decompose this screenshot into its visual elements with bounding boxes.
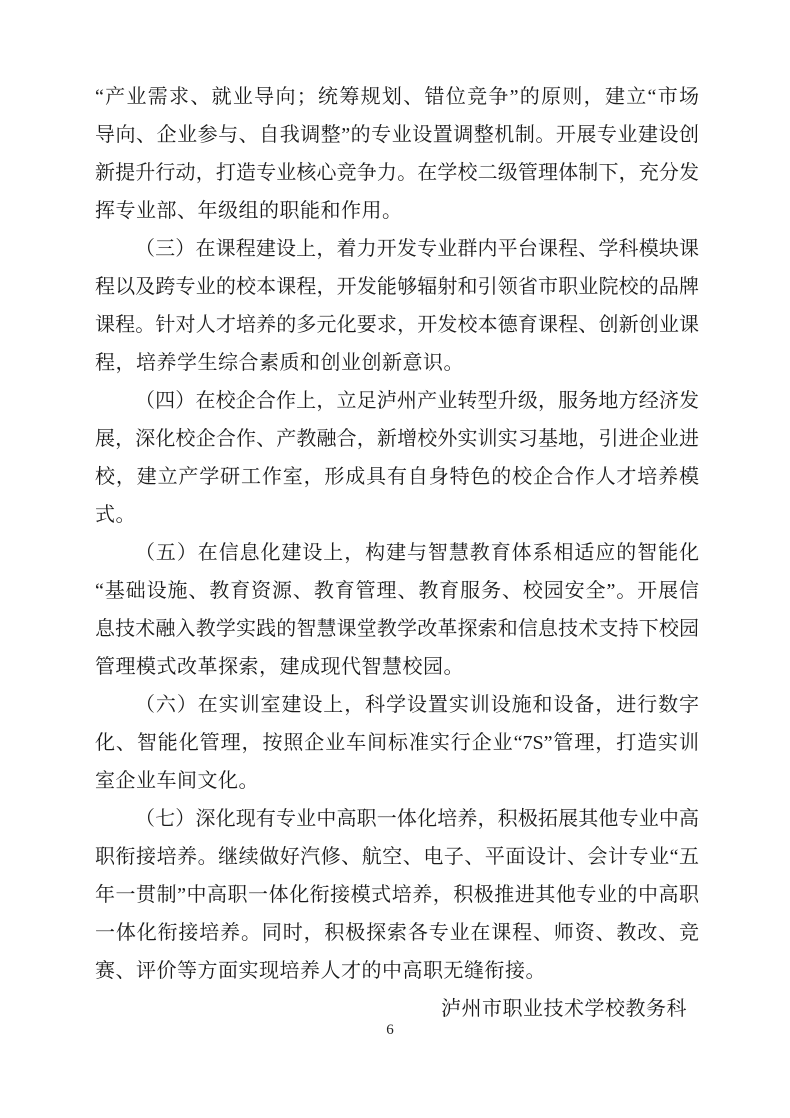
text-line: 息技术融入教学实践的智慧课堂教学改革探索和信息技术支持下校园 — [95, 610, 699, 648]
text-line: （七）深化现有专业中高职一体化培养，积极拓展其他专业中高 — [95, 800, 699, 838]
text-line: 职衔接培养。继续做好汽修、航空、电子、平面设计、会计专业“五 — [95, 838, 699, 876]
text-line: 挥专业部、年级组的职能和作用。 — [95, 192, 699, 230]
text-line: 管理模式改革探索，建成现代智慧校园。 — [95, 648, 699, 686]
paragraph-item-7: （七）深化现有专业中高职一体化培养，积极拓展其他专业中高 职衔接培养。继续做好汽… — [95, 800, 699, 990]
paragraph-continuation: “产业需求、就业导向；统筹规划、错位竞争”的原则，建立“市场 导向、企业参与、自… — [95, 78, 699, 230]
paragraph-item-5: （五）在信息化建设上，构建与智慧教育体系相适应的智能化 “基础设施、教育资源、教… — [95, 534, 699, 686]
text-line: （五）在信息化建设上，构建与智慧教育体系相适应的智能化 — [95, 534, 699, 572]
text-line: “产业需求、就业导向；统筹规划、错位竞争”的原则，建立“市场 — [95, 78, 699, 116]
text-line: （六）在实训室建设上，科学设置实训设施和设备，进行数字 — [95, 686, 699, 724]
text-line: 室企业车间文化。 — [95, 762, 699, 800]
page-number: 6 — [0, 1020, 780, 1040]
text-line: 展，深化校企合作、产教融合，新增校外实训实习基地，引进企业进 — [95, 420, 699, 458]
paragraph-item-6: （六）在实训室建设上，科学设置实训设施和设备，进行数字 化、智能化管理，按照企业… — [95, 686, 699, 800]
text-line: 赛、评价等方面实现培养人才的中高职无缝衔接。 — [95, 952, 699, 990]
text-line: 校，建立产学研工作室，形成具有自身特色的校企合作人才培养模 — [95, 458, 699, 496]
text-line: 程以及跨专业的校本课程，开发能够辐射和引领省市职业院校的品牌 — [95, 268, 699, 306]
text-body: “产业需求、就业导向；统筹规划、错位竞争”的原则，建立“市场 导向、企业参与、自… — [95, 78, 699, 1028]
paragraph-item-3: （三）在课程建设上，着力开发专业群内平台课程、学科模块课 程以及跨专业的校本课程… — [95, 230, 699, 382]
paragraph-item-4: （四）在校企合作上，立足泸州产业转型升级，服务地方经济发 展，深化校企合作、产教… — [95, 382, 699, 534]
text-line: （四）在校企合作上，立足泸州产业转型升级，服务地方经济发 — [95, 382, 699, 420]
text-line: 导向、企业参与、自我调整”的专业设置调整机制。开展专业建设创 — [95, 116, 699, 154]
text-line: 课程。针对人才培养的多元化要求，开发校本德育课程、创新创业课 — [95, 306, 699, 344]
text-line: 新提升行动，打造专业核心竞争力。在学校二级管理体制下，充分发 — [95, 154, 699, 192]
text-line: 年一贯制”中高职一体化衔接模式培养，积极推进其他专业的中高职 — [95, 876, 699, 914]
text-line: 式。 — [95, 496, 699, 534]
document-page: “产业需求、就业导向；统筹规划、错位竞争”的原则，建立“市场 导向、企业参与、自… — [0, 0, 790, 1118]
text-line: 程，培养学生综合素质和创业创新意识。 — [95, 344, 699, 382]
text-line: “基础设施、教育资源、教育管理、教育服务、校园安全”。开展信 — [95, 572, 699, 610]
text-line: 化、智能化管理，按照企业车间标准实行企业“7S”管理，打造实训 — [95, 724, 699, 762]
text-line: （三）在课程建设上，着力开发专业群内平台课程、学科模块课 — [95, 230, 699, 268]
text-line: 一体化衔接培养。同时，积极探索各专业在课程、师资、教改、竞 — [95, 914, 699, 952]
